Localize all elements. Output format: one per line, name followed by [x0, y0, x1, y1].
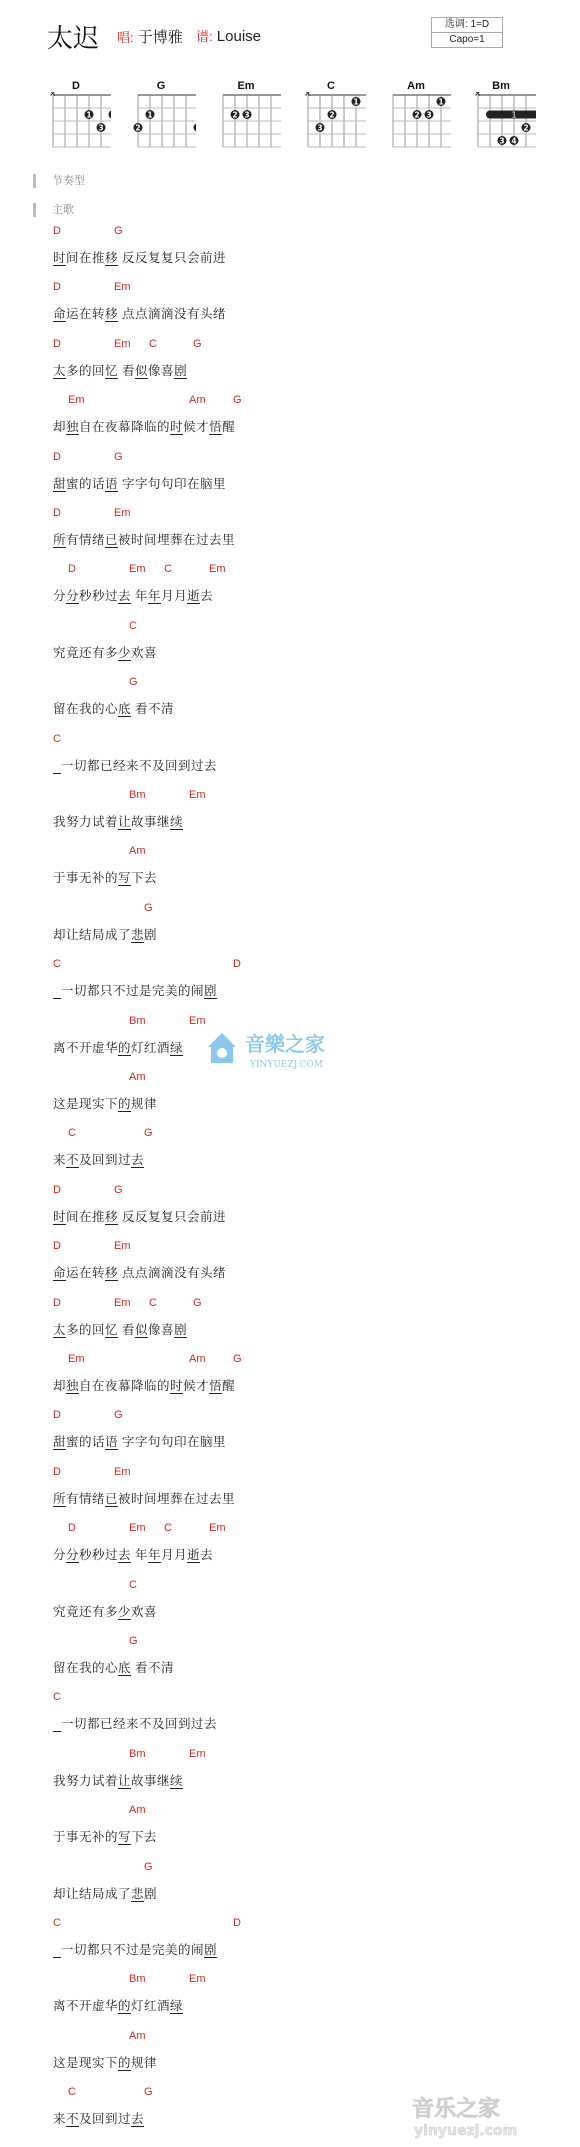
- chord-symbol: Bm: [129, 1014, 146, 1028]
- lyric-accent-segment: 写: [118, 1830, 131, 1845]
- lyric-segment: 多的回: [66, 364, 105, 378]
- lyric-segment: 规律: [131, 2056, 157, 2070]
- lyric-segment: 多的回: [66, 1323, 105, 1337]
- lyric-segment: 却: [53, 1379, 66, 1393]
- lyric-accent-segment: 续: [170, 815, 183, 830]
- lyric-accent-segment: 绿: [170, 1041, 183, 1056]
- chord-symbol: C: [129, 1578, 137, 1592]
- lyric-accent-segment: 去: [131, 2112, 144, 2127]
- chord-symbol: Em: [129, 1521, 146, 1535]
- lyric-accent-segment: 已: [105, 533, 118, 548]
- chord-name: Bm: [470, 80, 532, 92]
- lyric-accent-segment: 甜: [53, 1435, 66, 1450]
- chord-diagram-bm: Bm×1234: [470, 80, 532, 150]
- svg-text:1: 1: [86, 111, 91, 120]
- lyric-accent-segment: 时: [170, 1379, 183, 1394]
- lyric-accent-segment: 分: [66, 589, 79, 604]
- lyric-line: 分分秒秒过去 年年月月逝去: [53, 1547, 213, 1563]
- lyric-segment: 却让结局成了: [53, 928, 131, 942]
- chord-symbol: C: [149, 1296, 157, 1310]
- svg-text:3: 3: [499, 137, 504, 146]
- lyric-line: 留在我的心底 看不清: [53, 1660, 174, 1676]
- lyric-line: 究竟还有多少欢喜: [53, 1604, 157, 1620]
- lyric-line: 来不及回到过去: [53, 1152, 144, 1168]
- lyric-line: 我努力试着让故事继续: [53, 814, 183, 830]
- chord-symbol: C: [53, 732, 61, 746]
- svg-text:音樂之家: 音樂之家: [245, 1032, 325, 1056]
- lyric-accent-segment: 写: [118, 871, 131, 886]
- chord-symbol: Em: [114, 337, 131, 351]
- chord-symbol: Em: [209, 562, 226, 576]
- chord-name: C: [300, 80, 362, 92]
- svg-text:1: 1: [511, 111, 516, 120]
- lyric-accent-segment: 太: [53, 1323, 66, 1338]
- lyric-accent-segment: 移: [105, 251, 118, 266]
- lyric-segment: 间在推: [66, 251, 105, 265]
- lyric-accent-segment: 剧: [174, 364, 187, 379]
- chord-name: D: [45, 80, 107, 92]
- lyric-line: 所有情绪已被时间埋葬在过去里: [53, 532, 235, 548]
- chord-diagram-g: G123: [130, 80, 192, 150]
- lyric-accent-segment: 移: [105, 1210, 118, 1225]
- lyric-segment: 分: [53, 1548, 66, 1562]
- lyric-segment: 一切都只不过是完美的闹: [61, 984, 204, 998]
- chord-symbol: Bm: [129, 788, 146, 802]
- lyric-segment: 一切都已经来不及回到过去: [61, 1717, 217, 1731]
- lyric-accent-segment: 不: [66, 1153, 79, 1168]
- svg-text:yinyuezj.com: yinyuezj.com: [414, 2123, 517, 2139]
- lyric-segment: 下去: [131, 1830, 157, 1844]
- lyric-line: 留在我的心底 看不清: [53, 701, 174, 717]
- lyric-segment: 蜜的话: [66, 1435, 105, 1449]
- lyric-line: 于事无补的写下去: [53, 870, 157, 886]
- chord-symbol: D: [233, 1916, 241, 1930]
- svg-text:1: 1: [353, 98, 358, 107]
- lyric-accent-segment: 时: [53, 1210, 66, 1225]
- fretboard-grid: ×123: [300, 92, 366, 148]
- lyric-segment: 有情绪: [66, 1492, 105, 1506]
- chord-symbol: Em: [209, 1521, 226, 1535]
- section-verse-label: 主歌: [33, 203, 74, 217]
- singer-info: 唱: 于博雅: [117, 26, 183, 47]
- chord-symbol: D: [233, 957, 241, 971]
- lyric-segment: 欢喜: [131, 646, 157, 660]
- lyric-line: 太多的回忆 看似像喜剧: [53, 363, 187, 379]
- lyric-accent-segment: 忆: [105, 1323, 118, 1338]
- lyric-line: 离不开虚华的灯红酒绿: [53, 1998, 183, 2014]
- lyric-segment: 及回到过: [79, 2112, 131, 2126]
- chord-name: G: [130, 80, 192, 92]
- lyric-accent-segment: 语: [105, 1435, 118, 1450]
- lyric-segment: 像喜: [148, 1323, 174, 1337]
- chord-diagram-em: Em23: [215, 80, 277, 150]
- chord-symbol: Em: [189, 1747, 206, 1761]
- lyric-segment: 灯红酒: [131, 1999, 170, 2013]
- chord-name: Em: [215, 80, 277, 92]
- lyric-accent-segment: 甜: [53, 477, 66, 492]
- lyric-segment: 自在夜幕降临的: [79, 420, 170, 434]
- lyric-accent-segment: [53, 984, 61, 999]
- song-title: 太迟: [47, 18, 99, 55]
- lyric-segment: 看: [118, 1323, 135, 1337]
- svg-text:2: 2: [232, 111, 237, 120]
- lyric-segment: 蜜的话: [66, 477, 105, 491]
- lyric-segment: 看: [118, 364, 135, 378]
- lyric-segment: 醒: [222, 420, 235, 434]
- lyric-accent-segment: 时: [170, 420, 183, 435]
- lyric-line: 于事无补的写下去: [53, 1829, 157, 1845]
- chord-symbol: G: [144, 1126, 153, 1140]
- lyric-line: 命运在转移 点点滴滴没有头绪: [53, 306, 226, 322]
- lyric-accent-segment: 的: [118, 2056, 131, 2071]
- fretboard-grid: 123: [130, 92, 196, 148]
- chord-symbol: C: [53, 1916, 61, 1930]
- chord-diagram-c: C×123: [300, 80, 362, 150]
- lyric-segment: 点点滴滴没有头绪: [118, 307, 226, 321]
- chord-symbol: G: [129, 675, 138, 689]
- svg-text:3: 3: [98, 124, 103, 133]
- lyric-segment: 留在我的心: [53, 702, 118, 716]
- lyric-segment: 一切都已经来不及回到过去: [61, 759, 217, 773]
- chord-symbol: Am: [129, 1803, 146, 1817]
- chord-symbol: G: [114, 1183, 123, 1197]
- chord-diagram-row: D×123G123Em23C×123Am123Bm×1234: [0, 80, 580, 152]
- svg-text:3: 3: [244, 111, 249, 120]
- lyric-segment: 究竟还有多: [53, 1605, 118, 1619]
- lyric-segment: 故事继: [131, 815, 170, 829]
- lyric-accent-segment: 去: [118, 589, 131, 604]
- lyric-segment: 来: [53, 1153, 66, 1167]
- lyric-line: 太多的回忆 看似像喜剧: [53, 1322, 187, 1338]
- lyric-accent-segment: 去: [118, 1548, 131, 1563]
- lyric-line: 一切都只不过是完美的闹剧: [53, 1942, 217, 1958]
- chord-symbol: Am: [129, 844, 146, 858]
- lyric-accent-segment: 逝: [187, 1548, 200, 1563]
- lyric-accent-segment: 太: [53, 364, 66, 379]
- lyric-line: 一切都已经来不及回到过去: [53, 758, 217, 774]
- lyric-segment: 候才: [183, 1379, 209, 1393]
- section-rhythm-label: 节奏型: [33, 174, 85, 188]
- lyric-segment: 字字句句印在脑里: [118, 1435, 226, 1449]
- svg-text:×: ×: [474, 92, 482, 99]
- chord-symbol: G: [144, 2085, 153, 2099]
- lyric-accent-segment: 悲: [131, 1887, 144, 1902]
- lyric-segment: 看不清: [131, 1661, 174, 1675]
- chord-symbol: D: [53, 1183, 61, 1197]
- arranger-name: Louise: [217, 28, 261, 45]
- chord-symbol: D: [53, 224, 61, 238]
- chord-symbol: C: [68, 1126, 76, 1140]
- fretboard-grid: 23: [215, 92, 281, 148]
- lyric-segment: 年: [131, 589, 148, 603]
- svg-text:×: ×: [304, 92, 312, 99]
- lyric-line: 时间在推移 反反复复只会前进: [53, 1209, 226, 1225]
- lyric-segment: 下去: [131, 871, 157, 885]
- lyric-line: 命运在转移 点点滴滴没有头绪: [53, 1265, 226, 1281]
- chord-symbol: D: [53, 1408, 61, 1422]
- lyric-accent-segment: [53, 759, 61, 774]
- chord-symbol: G: [144, 1860, 153, 1874]
- lyric-line: 一切都只不过是完美的闹剧: [53, 983, 217, 999]
- lyric-accent-segment: 悲: [131, 928, 144, 943]
- lyric-segment: 故事继: [131, 1774, 170, 1788]
- lyric-accent-segment: 所: [53, 533, 66, 548]
- lyric-segment: 秒秒过: [79, 589, 118, 603]
- lyric-accent-segment: 底: [118, 1661, 131, 1676]
- lyric-accent-segment: 去: [131, 1153, 144, 1168]
- chord-symbol: Bm: [129, 1747, 146, 1761]
- lyric-accent-segment: 让: [118, 1774, 131, 1789]
- svg-text:3: 3: [317, 124, 322, 133]
- lyric-accent-segment: 年: [148, 1548, 161, 1563]
- lyric-segment: 及回到过: [79, 1153, 131, 1167]
- svg-text:1: 1: [438, 98, 443, 107]
- chord-symbol: G: [193, 337, 202, 351]
- lyric-line: 甜蜜的话语 字字句句印在脑里: [53, 1434, 226, 1450]
- chord-symbol: D: [53, 1296, 61, 1310]
- lyric-accent-segment: 的: [118, 1999, 131, 2014]
- lyric-line: 分分秒秒过去 年年月月逝去: [53, 588, 213, 604]
- lyric-accent-segment: 少: [118, 1605, 131, 1620]
- lyric-segment: 月月: [161, 589, 187, 603]
- svg-text:2: 2: [329, 111, 334, 120]
- svg-text:2: 2: [414, 111, 419, 120]
- chord-symbol: G: [114, 224, 123, 238]
- watermark-logo-center: 音樂之家 YINYUEZJ.COM: [205, 1023, 355, 1073]
- lyric-line: 我努力试着让故事继续: [53, 1773, 183, 1789]
- lyric-segment: 运在转: [66, 307, 105, 321]
- lyric-segment: 于事无补的: [53, 871, 118, 885]
- lyric-accent-segment: 语: [105, 477, 118, 492]
- chord-symbol: Em: [114, 280, 131, 294]
- lyric-line: 离不开虚华的灯红酒绿: [53, 1040, 183, 1056]
- lyric-line: 却让结局成了悲剧: [53, 927, 157, 943]
- lyric-accent-segment: [53, 1717, 61, 1732]
- lyric-accent-segment: 命: [53, 1266, 66, 1281]
- chord-symbol: Em: [189, 1972, 206, 1986]
- lyric-segment: 像喜: [148, 364, 174, 378]
- chord-symbol: C: [53, 1690, 61, 1704]
- chord-symbol: C: [149, 337, 157, 351]
- lyric-line: 一切都已经来不及回到过去: [53, 1716, 217, 1732]
- lyric-line: 却独自在夜幕降临的时候才悟醒: [53, 1378, 235, 1394]
- lyric-accent-segment: 时: [53, 251, 66, 266]
- lyric-accent-segment: 移: [105, 307, 118, 322]
- lyric-accent-segment: 悟: [209, 420, 222, 435]
- lyric-accent-segment: 剧: [174, 1323, 187, 1338]
- lyric-accent-segment: 底: [118, 702, 131, 717]
- lyric-line: 却让结局成了悲剧: [53, 1886, 157, 1902]
- lyric-segment: 我努力试着: [53, 1774, 118, 1788]
- lyric-segment: 于事无补的: [53, 1830, 118, 1844]
- lyric-accent-segment: 不: [66, 2112, 79, 2127]
- lyric-segment: 被时间埋葬在过去里: [118, 1492, 235, 1506]
- chord-symbol: Em: [114, 1465, 131, 1479]
- lyric-segment: 剧: [144, 928, 157, 942]
- lyric-segment: 分: [53, 589, 66, 603]
- svg-text:2: 2: [110, 111, 111, 120]
- lyric-accent-segment: 独: [66, 1379, 79, 1394]
- chord-symbol: Em: [189, 788, 206, 802]
- lyric-segment: 秒秒过: [79, 1548, 118, 1562]
- svg-text:YINYUEZJ.COM: YINYUEZJ.COM: [249, 1060, 323, 1070]
- lyric-line: 这是现实下的规律: [53, 1096, 157, 1112]
- lyric-segment: 却让结局成了: [53, 1887, 131, 1901]
- chord-symbol: G: [129, 1634, 138, 1648]
- lyric-accent-segment: 少: [118, 646, 131, 661]
- lyric-segment: 自在夜幕降临的: [79, 1379, 170, 1393]
- chord-symbol: Am: [189, 1352, 206, 1366]
- lyric-segment: 运在转: [66, 1266, 105, 1280]
- chord-symbol: G: [193, 1296, 202, 1310]
- lyric-accent-segment: 绿: [170, 1999, 183, 2014]
- singer-name: 于博雅: [138, 29, 183, 46]
- fretboard-grid: 123: [385, 92, 451, 148]
- chord-symbol: C: [129, 619, 137, 633]
- chord-symbol: C: [68, 2085, 76, 2099]
- lyric-accent-segment: 逝: [187, 589, 200, 604]
- lyric-segment: 一切都只不过是完美的闹: [61, 1943, 204, 1957]
- fretboard-grid: ×1234: [470, 92, 536, 148]
- chord-symbol: Em: [114, 1296, 131, 1310]
- lyric-segment: 反反复复只会前进: [118, 251, 226, 265]
- lyric-segment: 去: [200, 1548, 213, 1562]
- chord-diagram-am: Am123: [385, 80, 447, 150]
- lyric-line: 时间在推移 反反复复只会前进: [53, 250, 226, 266]
- lyric-accent-segment: 命: [53, 307, 66, 322]
- svg-text:3: 3: [195, 124, 196, 133]
- chord-diagram-d: D×123: [45, 80, 107, 150]
- chord-symbol: G: [114, 450, 123, 464]
- lyric-segment: 字字句句印在脑里: [118, 477, 226, 491]
- lyric-segment: 间在推: [66, 1210, 105, 1224]
- lyric-accent-segment: 所: [53, 1492, 66, 1507]
- lyric-segment: 留在我的心: [53, 1661, 118, 1675]
- lyric-segment: 离不开虚华: [53, 1041, 118, 1055]
- chord-symbol: D: [53, 450, 61, 464]
- chord-symbol: D: [53, 337, 61, 351]
- lyric-accent-segment: 忆: [105, 364, 118, 379]
- lyric-accent-segment: 悟: [209, 1379, 222, 1394]
- key-capo-box: 选调: 1=D Capo=1: [431, 17, 503, 48]
- lyric-accent-segment: 剧: [204, 984, 217, 999]
- svg-text:2: 2: [523, 124, 528, 133]
- chord-symbol: D: [53, 1239, 61, 1253]
- chord-symbol: D: [53, 280, 61, 294]
- lyric-segment: 被时间埋葬在过去里: [118, 533, 235, 547]
- capo-text: Capo=1: [432, 32, 502, 47]
- lyric-line: 来不及回到过去: [53, 2111, 144, 2127]
- lyric-accent-segment: 移: [105, 1266, 118, 1281]
- chord-symbol: Bm: [129, 1972, 146, 1986]
- chord-symbol: Em: [68, 393, 85, 407]
- chord-symbol: G: [233, 393, 242, 407]
- chord-symbol: G: [144, 901, 153, 915]
- lyric-line: 却独自在夜幕降临的时候才悟醒: [53, 419, 235, 435]
- arranger-info: 谱: Louise: [196, 26, 261, 45]
- chord-symbol: G: [114, 1408, 123, 1422]
- lyric-segment: 这是现实下: [53, 2056, 118, 2070]
- lyric-segment: 醒: [222, 1379, 235, 1393]
- lyric-segment: 却: [53, 420, 66, 434]
- chord-symbol: D: [53, 1465, 61, 1479]
- lyric-accent-segment: 似: [135, 1323, 148, 1338]
- svg-text:2: 2: [135, 124, 140, 133]
- lyric-accent-segment: 续: [170, 1774, 183, 1789]
- svg-text:3: 3: [426, 111, 431, 120]
- svg-text:1: 1: [147, 111, 152, 120]
- chord-symbol: D: [53, 506, 61, 520]
- lyric-accent-segment: [53, 1943, 61, 1958]
- svg-text:4: 4: [511, 137, 516, 146]
- lyric-line: 这是现实下的规律: [53, 2055, 157, 2071]
- fretboard-grid: ×123: [45, 92, 111, 148]
- svg-text:×: ×: [49, 92, 57, 99]
- lyric-accent-segment: 剧: [204, 1943, 217, 1958]
- lyric-segment: 反反复复只会前进: [118, 1210, 226, 1224]
- lyric-accent-segment: 已: [105, 1492, 118, 1507]
- lyric-segment: 我努力试着: [53, 815, 118, 829]
- chord-name: Am: [385, 80, 447, 92]
- chord-symbol: C: [164, 1521, 172, 1535]
- singer-label: 唱:: [117, 30, 134, 45]
- lyric-accent-segment: 独: [66, 420, 79, 435]
- arranger-label: 谱:: [196, 29, 213, 44]
- svg-text:音乐之家: 音乐之家: [412, 2096, 500, 2122]
- chord-symbol: D: [68, 1521, 76, 1535]
- chord-symbol: Am: [189, 393, 206, 407]
- lyric-accent-segment: 似: [135, 364, 148, 379]
- chord-symbol: Em: [114, 506, 131, 520]
- chord-symbol: G: [233, 1352, 242, 1366]
- key-text: 选调: 1=D: [432, 18, 502, 32]
- chord-symbol: C: [164, 562, 172, 576]
- lyric-segment: 月月: [161, 1548, 187, 1562]
- lyric-accent-segment: 年: [148, 589, 161, 604]
- lyric-segment: 去: [200, 589, 213, 603]
- lyric-segment: 有情绪: [66, 533, 105, 547]
- chord-symbol: Am: [129, 1070, 146, 1084]
- lyric-accent-segment: 的: [118, 1041, 131, 1056]
- lyric-segment: 候才: [183, 420, 209, 434]
- lyric-segment: 离不开虚华: [53, 1999, 118, 2013]
- lyric-segment: 年: [131, 1548, 148, 1562]
- lyric-segment: 点点滴滴没有头绪: [118, 1266, 226, 1280]
- lyric-line: 究竟还有多少欢喜: [53, 645, 157, 661]
- lyric-segment: 看不清: [131, 702, 174, 716]
- lyric-line: 甜蜜的话语 字字句句印在脑里: [53, 476, 226, 492]
- chord-symbol: D: [68, 562, 76, 576]
- chord-symbol: Em: [129, 562, 146, 576]
- lyric-segment: 剧: [144, 1887, 157, 1901]
- lyric-accent-segment: 分: [66, 1548, 79, 1563]
- lyric-accent-segment: 的: [118, 1097, 131, 1112]
- chord-symbol: Am: [129, 2029, 146, 2043]
- lyric-segment: 规律: [131, 1097, 157, 1111]
- chord-symbol: Em: [114, 1239, 131, 1253]
- chord-symbol: C: [53, 957, 61, 971]
- lyric-segment: 灯红酒: [131, 1041, 170, 1055]
- lyric-accent-segment: 让: [118, 815, 131, 830]
- lyric-line: 所有情绪已被时间埋葬在过去里: [53, 1491, 235, 1507]
- lyric-segment: 欢喜: [131, 1605, 157, 1619]
- chord-symbol: Em: [189, 1014, 206, 1028]
- lyric-segment: 这是现实下: [53, 1097, 118, 1111]
- chord-symbol: Em: [68, 1352, 85, 1366]
- watermark-logo-corner: 音乐之家 yinyuezj.com: [410, 2090, 560, 2140]
- lyric-segment: 究竟还有多: [53, 646, 118, 660]
- lyric-segment: 来: [53, 2112, 66, 2126]
